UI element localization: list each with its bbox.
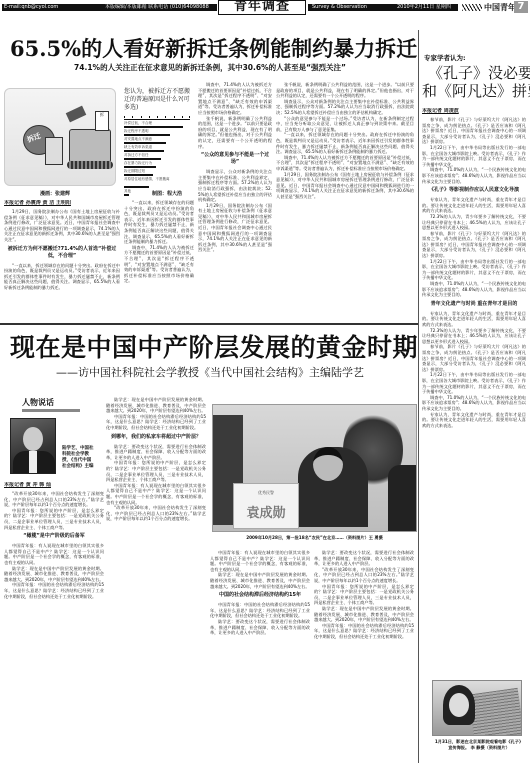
news-photo-office: 优秀民警 袁成勋 <box>212 404 417 532</box>
story2-column-1: 本报记者 黄 冲 韩 灿 “改革开放30年来，中国社会结构发生了深刻变化，中产阶… <box>4 482 104 762</box>
column-logo: 人物说话 <box>22 397 54 408</box>
masthead: E-mail:qnb@cyol.com 本版编辑/本版邮箱 联系电话 (010)… <box>0 0 530 14</box>
bulldozer-tread-icon <box>67 161 113 169</box>
sidebar-byline: 本报记者 周凌波 <box>422 108 526 115</box>
sidebar-photo-moviegoer <box>432 680 522 736</box>
demolition-cartoon-illustration: 拆迁 拆 <box>4 88 116 186</box>
story1-headline: 65.5%的人看好新拆迁条例能制约暴力拆迁 <box>10 36 410 62</box>
story1-byline: 本报记者 孙震涛 黄 洁 王明阳 <box>4 200 120 207</box>
portrait-caption: 陆学艺，中国社科院社会学教授，《当代中国社会结构》主编 <box>62 446 94 470</box>
issue-date: 2010年2月11日 星期四 <box>397 3 451 11</box>
story1-subhead-a: 被拆迁方为何不愿搬迁?71.4%的人首选“补偿过低，不合理” <box>4 246 120 260</box>
story2-subhead-c: 中国的社会结构滞后经济结构约15年 <box>210 592 310 599</box>
bulldozer-icon <box>69 129 111 163</box>
story1-subheadline: 74.1%的人关注正在征求意见的新拆迁条例，其中30.6%的人甚至是“强烈关注” <box>10 63 410 73</box>
chart-bar-row: 对原居住地有感情，不愿搬离 <box>124 177 190 188</box>
story2-column-2: 陆学艺：现在是中国中产阶层发展的黄金时期。随着经济发展、城市化推进、教育普及，中… <box>106 397 206 762</box>
chart-bar-row: 缺乏有效申诉渠道 <box>124 145 190 152</box>
chart-bar-row: 存在暴力拆迁行为 <box>124 161 190 168</box>
chart-bar-row: 对安置地点不满意 <box>124 137 190 144</box>
story1-column-3: 调查中，71.4%的人认为被拆迁方不愿搬迁的首要原因是“补偿过低，不合理”，其次… <box>198 82 272 322</box>
sidebar-headline-line1: 《孔子》没必要 <box>428 64 530 82</box>
story1-column-4: 张千帆说，新条例明确了公共利益的范围，这是一个进步。“以前只要是政府的项目，就是… <box>276 82 414 322</box>
chart-credit: 制图：程大浩 <box>152 190 182 197</box>
story2-subhead-a: “橄榄”是中产阶级的后备军 <box>4 533 104 540</box>
sidebar-column: 本报记者 周凌波 春节前，影片《孔子》与好莱坞大片《阿凡达》的票房之争，成为舆论… <box>422 108 526 678</box>
masthead-email[interactable]: E-mail:qnb@cyol.com <box>4 3 58 11</box>
story-divider <box>0 323 418 325</box>
sidebar-photo-caption: 1月31日，影迷在北京某影院观看电影《孔子》宣传海报。 李 静摄（资料图片） <box>434 739 524 751</box>
masthead-hotline: 本版编辑/本版邮箱 联系电话 (010)64098088 <box>105 3 209 11</box>
story2-subhead-b: 到哪年，我们的私家车将超过中产阶层？ <box>106 434 206 441</box>
interviewee-portrait <box>10 418 56 474</box>
decorative-stripes-icon <box>462 4 482 11</box>
sidebar-headline-line2: 和《阿凡达》拼票房 <box>422 82 530 100</box>
survey-bar-chart: 您认为，被拆迁方不愿搬迁的普遍原因是什么?(可多选) 补偿过低，不合理 拆迁程序… <box>124 88 190 186</box>
story2-column-3: 中国青年报：有人说现在城市里的白领其实很多人都觉得自己不是中产？陆学艺：这是一个… <box>210 550 310 762</box>
column-logo-underline <box>22 409 80 412</box>
photo-caption: 2009年10月28日，第一批18名“农民”在北京……（资料图片）王 勇摄 <box>212 535 417 541</box>
story1-column-1: 本报记者 孙震涛 黄 洁 王明阳 1月29日，国务院法制办公布《国有土地上房屋征… <box>4 200 120 322</box>
story1-column-2: “一直以来，拆迁领域存在的问题十分突出。政府在拆迁中扮演的角色，既是裁判员又是运… <box>124 200 194 322</box>
story2-byline: 本报记者 黄 冲 韩 灿 <box>4 482 104 489</box>
illustration-credit: 漫画：张建辉 <box>40 190 70 197</box>
section-title-english: Survey & Observation <box>312 3 367 11</box>
sidebar-subhead-b: 青年文化遗产与时尚 重在青年才是目的 <box>422 301 526 308</box>
chart-bar-row: 补偿过低，不合理 <box>124 121 190 128</box>
page-number: 7 <box>514 1 528 13</box>
chart-title: 您认为，被拆迁方不愿搬迁的普遍原因是什么?(可多选) <box>124 88 190 112</box>
sidebar-subhead-a: 《孔子》等影视制作应以人民意文化导演 <box>422 187 526 194</box>
demolition-sign: 拆 <box>95 111 109 131</box>
column-divider <box>418 30 419 763</box>
sidebar-label: 专家学者认为: <box>424 53 466 62</box>
house-figure-icon <box>45 137 63 165</box>
chart-bar-row: 拆迁程序不透明 <box>124 129 190 136</box>
section-title: 青年调查 <box>218 0 306 15</box>
story1-subhead-b: “公众的意见参与不能是一个过场” <box>198 152 272 166</box>
name-plaque: 优秀民警 袁成勋 <box>233 483 299 529</box>
story2-subheadline: ——访中国社科院社会学教授《当代中国社会结构》主编陆学艺 <box>10 366 410 380</box>
chart-x-axis <box>124 116 190 120</box>
chart-bar-row: 拆迁期限过短 <box>124 169 190 176</box>
hammer-icon <box>66 106 87 123</box>
chart-bar-row: 对拆迁方不信任 <box>124 153 190 160</box>
story2-column-4: 陆学艺：要改变这个状况，需要进行社会体制改革，推进户籍制度、社会保障、收入分配等… <box>314 550 414 762</box>
story2-headline: 现在是中国中产阶层发展的黄金时期 <box>10 333 410 363</box>
